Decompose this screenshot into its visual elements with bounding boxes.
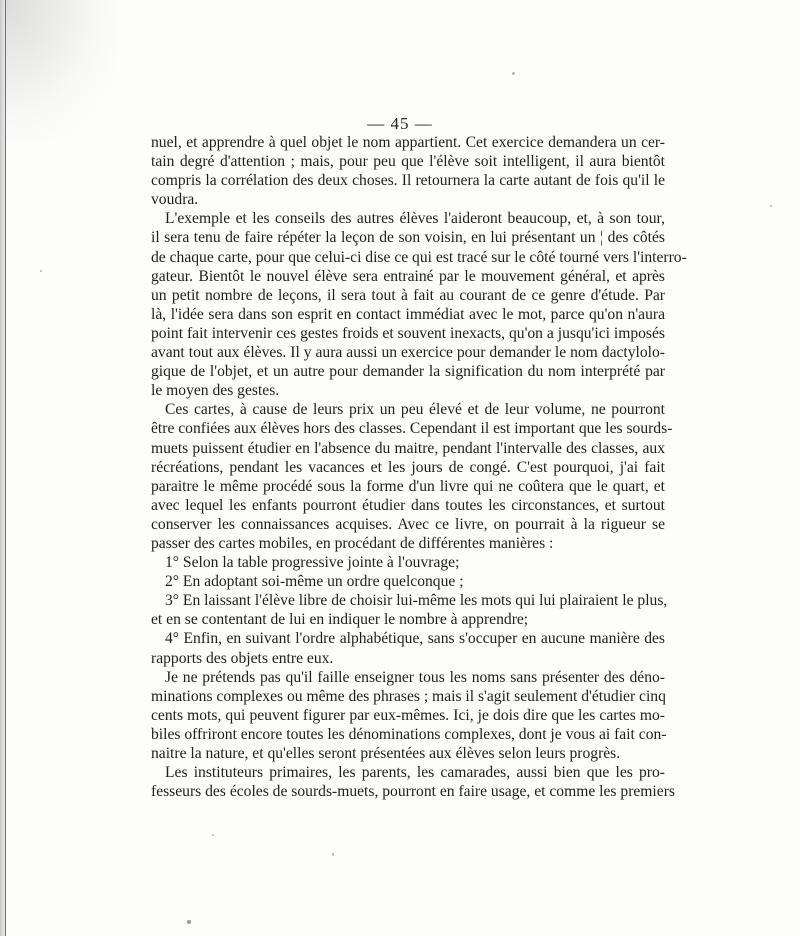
text-line: là, l'idée sera dans son esprit en conta… bbox=[151, 305, 665, 324]
text-line: gateur. Bientôt le nouvel élève sera ent… bbox=[151, 267, 665, 286]
text-line: Ces cartes, à cause de leurs prix un peu… bbox=[151, 400, 665, 419]
text-line: passer des cartes mobiles, en procédant … bbox=[151, 534, 665, 553]
paper-speck bbox=[40, 270, 42, 272]
paper-speck bbox=[212, 834, 214, 836]
list-item: 4° Enfin, en suivant l'ordre alphabétiqu… bbox=[151, 629, 665, 667]
paragraph: nuel, et apprendre à quel objet le nom a… bbox=[151, 133, 665, 209]
paper-speck bbox=[332, 853, 334, 856]
text-line: naitre la nature, et qu'elles seront pré… bbox=[151, 744, 665, 763]
text-line: cents mots, qui peuvent figurer par eux-… bbox=[151, 706, 665, 725]
paper-speck bbox=[770, 205, 772, 207]
text-line: rapports des objets entre eux. bbox=[151, 649, 665, 668]
text-line: de chaque carte, pour que celui-ci dise … bbox=[151, 248, 665, 267]
text-line: paraitre le même procédé sous la forme d… bbox=[151, 477, 665, 496]
paragraph: Je ne prétends pas qu'il faille enseigne… bbox=[151, 668, 665, 763]
paper-speck bbox=[512, 72, 515, 75]
paragraph: Les instituteurs primaires, les parents,… bbox=[151, 763, 665, 801]
text-line: 3° En laissant l'élève libre de choisir … bbox=[151, 591, 665, 610]
list-item: 2° En adoptant soi-même un ordre quelcon… bbox=[151, 572, 665, 591]
text-line: tain degré d'attention ; mais, pour peu … bbox=[151, 152, 665, 171]
text-line: compris la corrélation des deux choses. … bbox=[151, 171, 665, 190]
list-item: 1° Selon la table progressive jointe à l… bbox=[151, 553, 665, 572]
paper-speck bbox=[187, 920, 191, 924]
text-line: point fait intervenir ces gestes froids … bbox=[151, 324, 665, 343]
text-line: récréations, pendant les vacances et les… bbox=[151, 458, 665, 477]
text-line: voudra. bbox=[151, 190, 665, 209]
text-line: avant tout aux élèves. Il y aura aussi u… bbox=[151, 343, 665, 362]
text-line: biles offriront encore toutes les dénomi… bbox=[151, 725, 665, 744]
text-line: muets puissent étudier en l'absence du m… bbox=[151, 439, 665, 458]
text-line: un petit nombre de leçons, il sera tout … bbox=[151, 286, 665, 305]
text-line: il sera tenu de faire répéter la leçon d… bbox=[151, 228, 665, 247]
text-line: 2° En adoptant soi-même un ordre quelcon… bbox=[151, 572, 665, 591]
text-line: minations complexes ou même des phrases … bbox=[151, 687, 665, 706]
text-line: L'exemple et les conseils des autres élè… bbox=[151, 209, 665, 228]
text-line: être confiées aux élèves hors des classe… bbox=[151, 419, 665, 438]
page-binding-edge bbox=[5, 0, 6, 936]
text-line: Les instituteurs primaires, les parents,… bbox=[151, 763, 665, 782]
text-line: Je ne prétends pas qu'il faille enseigne… bbox=[151, 668, 665, 687]
text-line: conserver les connaissances acquises. Av… bbox=[151, 515, 665, 534]
body-text: nuel, et apprendre à quel objet le nom a… bbox=[151, 133, 665, 801]
text-line: nuel, et apprendre à quel objet le nom a… bbox=[151, 133, 665, 152]
text-line: le moyen des gestes. bbox=[151, 381, 665, 400]
page-number: — 45 — bbox=[0, 114, 800, 134]
text-line: 4° Enfin, en suivant l'ordre alphabétiqu… bbox=[151, 629, 665, 648]
text-line: gique de l'objet, et un autre pour deman… bbox=[151, 362, 665, 381]
list-item: 3° En laissant l'élève libre de choisir … bbox=[151, 591, 665, 629]
text-line: fesseurs des écoles de sourds-muets, pou… bbox=[151, 782, 665, 801]
paragraph: L'exemple et les conseils des autres élè… bbox=[151, 209, 665, 400]
text-line: et en se contentant de lui en indiquer l… bbox=[151, 610, 665, 629]
paragraph: Ces cartes, à cause de leurs prix un peu… bbox=[151, 400, 665, 553]
text-line: avec lequel les enfants pourront étudier… bbox=[151, 496, 665, 515]
text-line: 1° Selon la table progressive jointe à l… bbox=[151, 553, 665, 572]
